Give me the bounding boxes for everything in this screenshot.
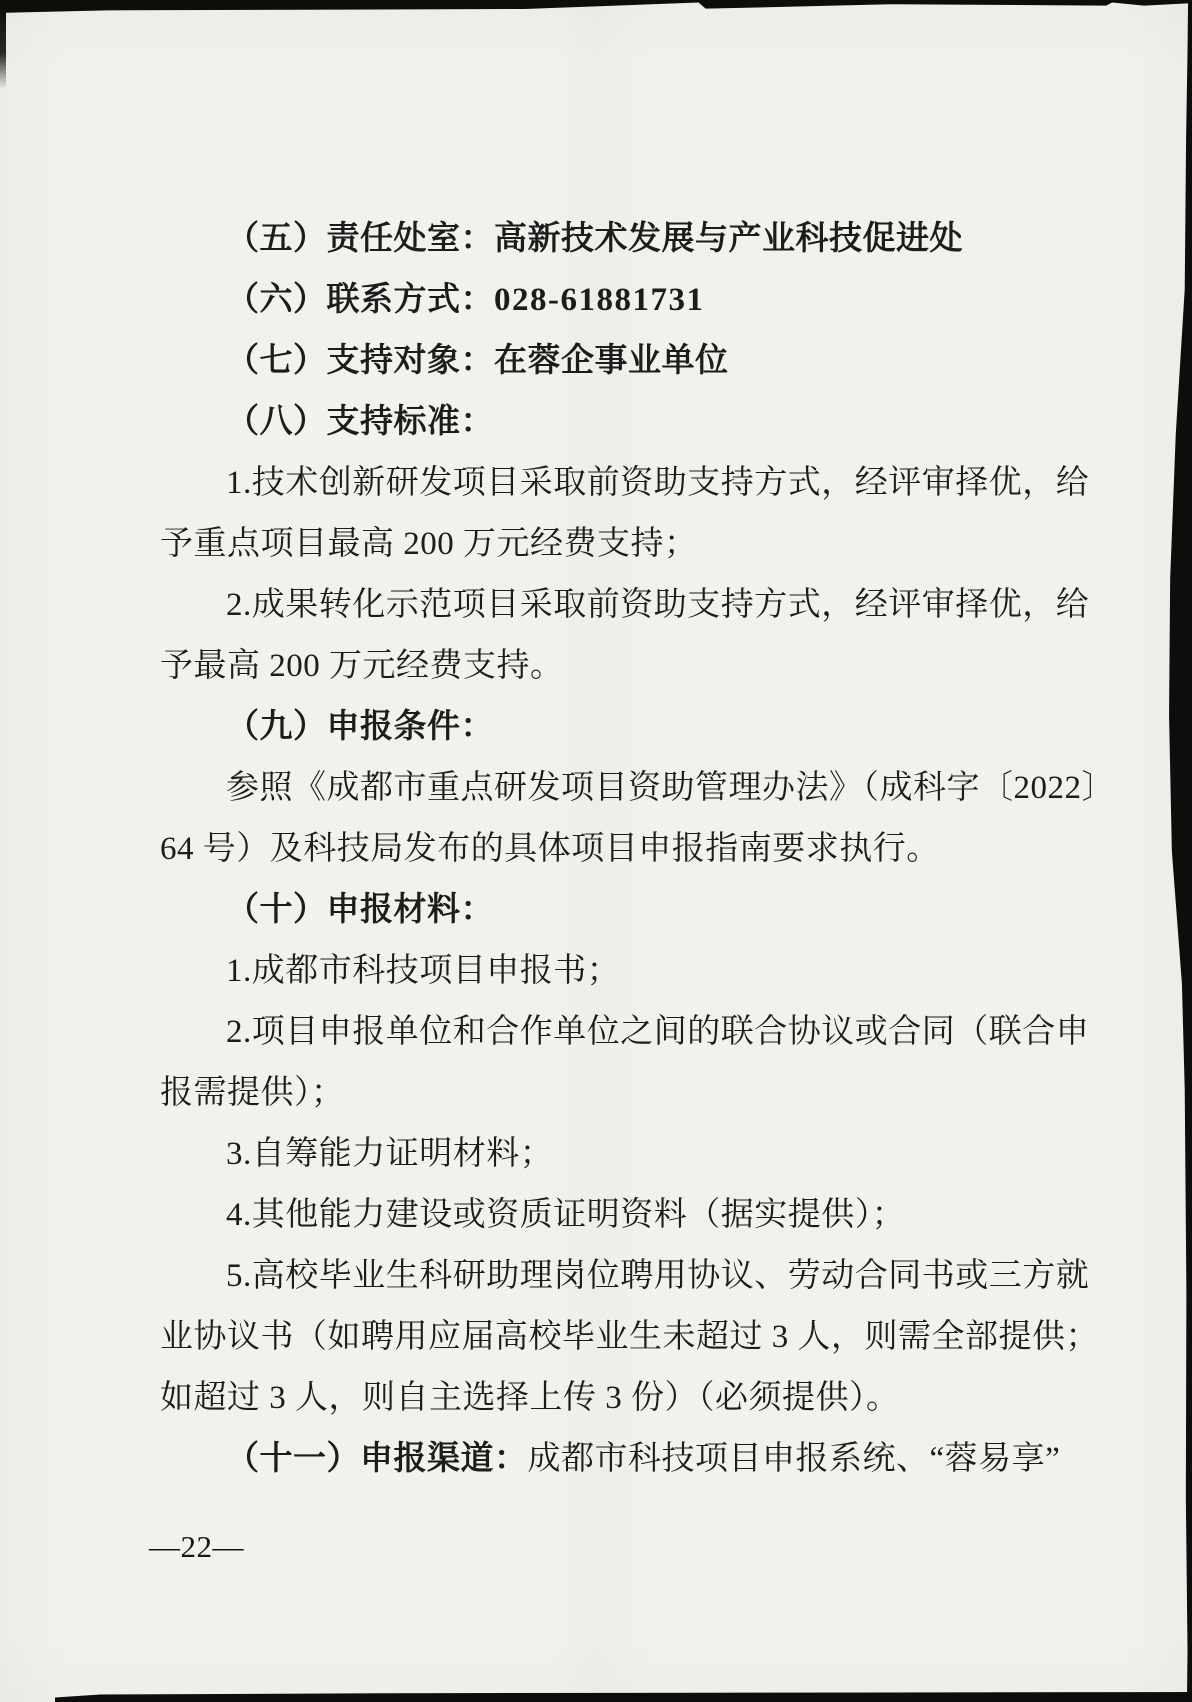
body-line: 予重点项目最高 200 万元经费支持；	[160, 514, 1068, 575]
body-line: 如超过 3 人，则自主选择上传 3 份）（必须提供）。	[160, 1368, 1068, 1429]
phone-number: 028-61881731	[494, 282, 705, 318]
body-line: 1.成都市科技项目申报书；	[160, 941, 1068, 1002]
body-line: 2.成果转化示范项目采取前资助支持方式，经评审择优，给	[160, 575, 1068, 636]
body-line: 予最高 200 万元经费支持。	[160, 636, 1068, 697]
body-line: 报需提供）；	[160, 1063, 1068, 1124]
heading-label: （十）申报材料：	[226, 892, 494, 928]
scanned-document-page: （五）责任处室：高新技术发展与产业科技促进处 （六）联系方式：028-61881…	[0, 0, 1192, 1702]
document-body: （五）责任处室：高新技术发展与产业科技促进处 （六）联系方式：028-61881…	[160, 209, 1068, 1490]
heading-line-9: （九）申报条件：	[160, 697, 1068, 758]
body-line: 5.高校毕业生科研助理岗位聘用协议、劳动合同书或三方就	[160, 1246, 1068, 1307]
body-line: 64 号）及科技局发布的具体项目申报指南要求执行。	[160, 819, 1068, 880]
heading-line-7: （七）支持对象：在蓉企事业单位	[160, 331, 1068, 392]
heading-label: （五）责任处室：高新技术发展与产业科技促进处	[226, 221, 963, 257]
scan-edge-bottom	[55, 1692, 1192, 1702]
heading-line-10: （十）申报材料：	[160, 880, 1068, 941]
body-line: 业协议书（如聘用应届高校毕业生未超过 3 人，则需全部提供；	[160, 1307, 1068, 1368]
body-line: 参照《成都市重点研发项目资助管理办法》（成科字〔2022〕	[160, 758, 1068, 819]
heading-line-6: （六）联系方式：028-61881731	[160, 270, 1068, 331]
heading-label: （十一）申报渠道：	[226, 1441, 528, 1477]
heading-line-8: （八）支持标准：	[160, 392, 1068, 453]
scan-edge-right	[1164, 0, 1192, 1702]
heading-label: （七）支持对象：在蓉企事业单位	[226, 343, 729, 379]
heading-label: （六）联系方式：	[226, 282, 494, 318]
body-line: 2.项目申报单位和合作单位之间的联合协议或合同（联合申	[160, 1002, 1068, 1063]
heading-line-5: （五）责任处室：高新技术发展与产业科技促进处	[160, 209, 1068, 270]
heading-line-11: （十一）申报渠道：成都市科技项目申报系统、“蓉易享”	[160, 1429, 1068, 1490]
heading-label: （八）支持标准：	[226, 404, 494, 440]
body-line: 1.技术创新研发项目采取前资助支持方式，经评审择优，给	[160, 453, 1068, 514]
scan-edge-top	[0, 0, 1192, 14]
body-line: 4.其他能力建设或资质证明资料（据实提供）；	[160, 1185, 1068, 1246]
heading-label: （九）申报条件：	[226, 709, 494, 745]
body-line: 3.自筹能力证明材料；	[160, 1124, 1068, 1185]
page-number: —22—	[149, 1527, 244, 1567]
scan-edge-left-top	[0, 9, 6, 89]
